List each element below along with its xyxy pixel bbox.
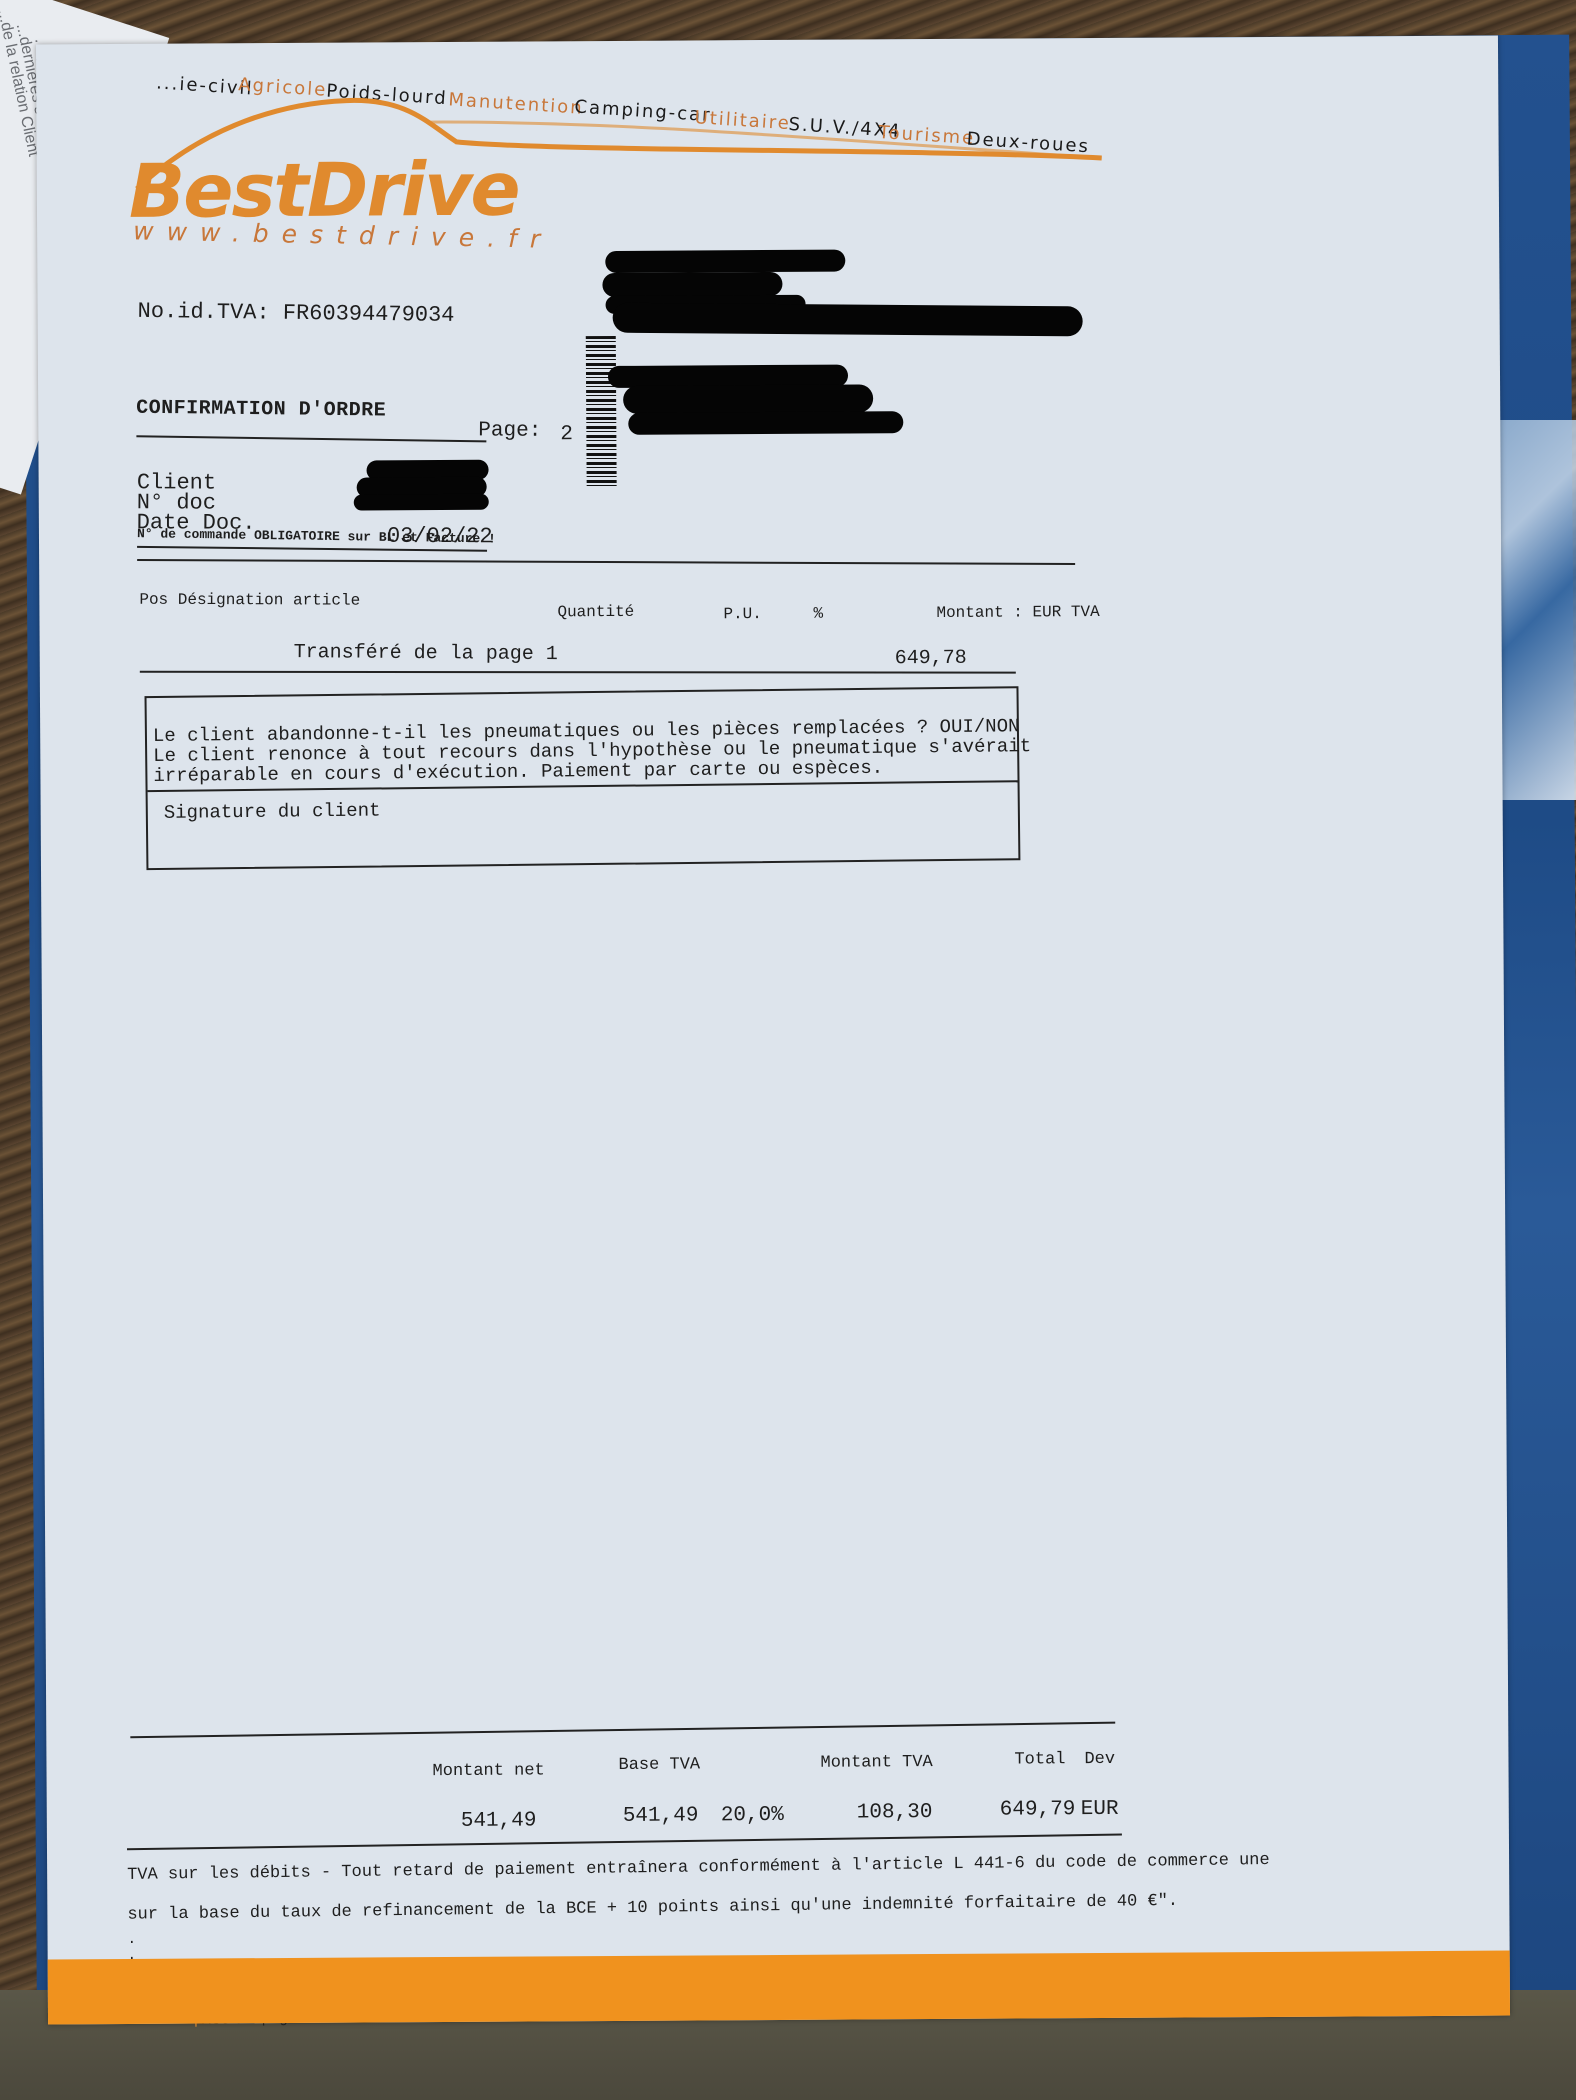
notice-text: Le client abandonne-t-il les pneumatique… (153, 716, 1032, 786)
tva-id: No.id.TVA: FR60394479034 (137, 299, 454, 328)
total-base-tva: 541,49 (623, 1804, 699, 1827)
redacted-client-info (354, 494, 489, 511)
barcode (586, 336, 617, 486)
currency: EUR (1081, 1798, 1119, 1821)
page-number: 2 (560, 423, 573, 446)
page-label: Page: (478, 419, 541, 442)
column-header-percent: % (813, 605, 823, 623)
tva-rate: 20,0% (721, 1804, 784, 1827)
divider (127, 1834, 1122, 1851)
divider (137, 559, 1075, 565)
divider (136, 435, 486, 442)
total-net-amount: 541,49 (461, 1809, 537, 1832)
divider (140, 671, 1016, 674)
redacted-address (623, 384, 873, 414)
redacted-address (613, 303, 1083, 337)
total-tva-amount: 108,30 (857, 1801, 933, 1824)
document-title: CONFIRMATION D'ORDRE (136, 397, 386, 423)
table-row-amount: 649,78 (895, 647, 967, 670)
totals-header-base-tva: Base TVA (618, 1755, 700, 1774)
legal-text-line-2: sur la base du taux de refinancement de … (127, 1892, 1178, 1925)
order-confirmation-document: ...ie-civilAgricolePoids-lourdManutentio… (36, 36, 1510, 2025)
redacted-address (605, 250, 845, 273)
client-notice-box: Le client abandonne-t-il les pneumatique… (144, 686, 1020, 870)
column-header-quantity: Quantité (557, 603, 634, 621)
redacted-address (602, 272, 782, 297)
column-header-designation: Pos Désignation article (139, 591, 360, 610)
totals-header-currency: Dev (1084, 1750, 1115, 1769)
redacted-address (628, 411, 903, 435)
column-header-amount-tva: Montant : EUR TVA (936, 603, 1099, 622)
column-header-unit-price: P.U. (723, 605, 762, 623)
table-row-designation: Transféré de la page 1 (294, 641, 558, 666)
totals-header-total: Total (1014, 1750, 1065, 1769)
grand-total: 649,79 (1000, 1798, 1076, 1821)
client-info-block: Client N° doc Date Doc. (137, 473, 256, 534)
divider (130, 1722, 1115, 1739)
totals-header-tva-amount: Montant TVA (820, 1753, 932, 1773)
totals-header-net: Montant net (432, 1761, 544, 1781)
legal-text-line-1: TVA sur les débits - Tout retard de paie… (127, 1851, 1270, 1885)
brand-orange-band (48, 1951, 1510, 2025)
signature-label: Signature du client (164, 799, 381, 823)
